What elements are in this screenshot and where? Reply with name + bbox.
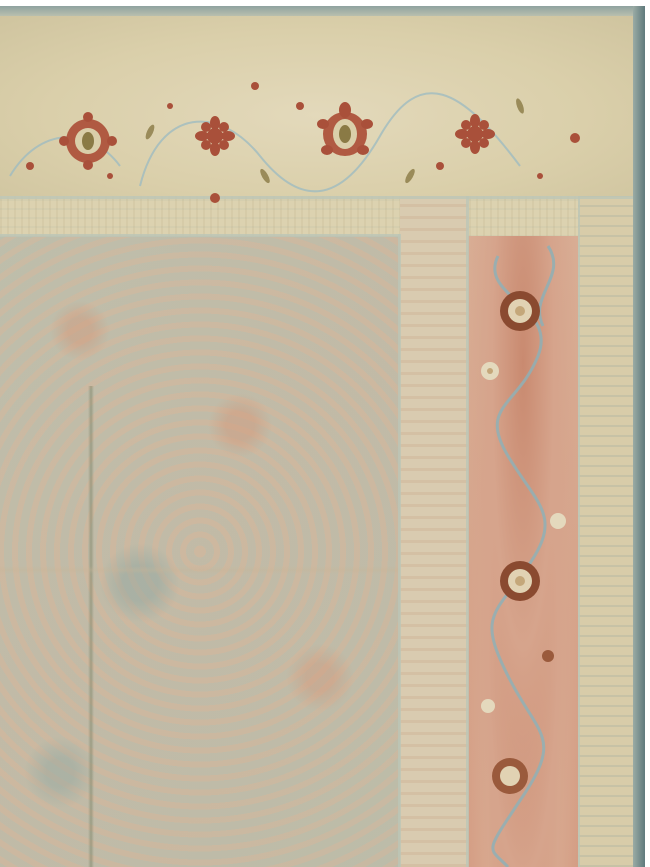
rug-right-inner-guard — [400, 196, 468, 867]
rug-photo — [0, 6, 645, 867]
rug-top-selvage — [0, 6, 645, 16]
rug-right-outer-guard — [578, 196, 633, 867]
rug-fold-highlight — [0, 566, 400, 574]
guard-stripe — [398, 234, 401, 867]
guard-stripe — [0, 234, 400, 237]
guard-stripe — [578, 196, 580, 867]
rug-field — [0, 236, 400, 867]
rug-right-selvage — [633, 6, 645, 867]
right-border-motifs — [468, 236, 578, 867]
rug-fold-shadow — [88, 386, 94, 867]
top-border-motifs — [0, 66, 633, 216]
